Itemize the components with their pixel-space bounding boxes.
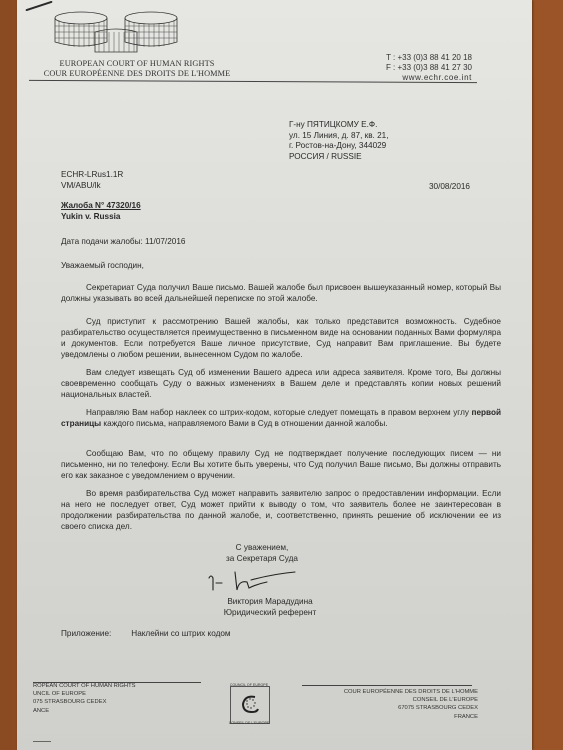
fax-number: F : +33 (0)3 88 41 27 30	[386, 63, 472, 73]
annex-value: Наклейни со штрих кодом	[131, 629, 230, 638]
footer-stub-line	[33, 741, 51, 742]
closing-block: С уважением, за Секретаря Суда	[197, 543, 327, 564]
addressee-block: Г-ну ПЯТИЦКОМУ Е.Ф. ул. 15 Линия, д. 87,…	[289, 120, 389, 162]
footer-left-line: UNCIL OF EUROPE	[33, 690, 136, 698]
letter-page: EUROPEAN COURT OF HUMAN RIGHTS COUR EURO…	[17, 0, 532, 750]
footer-right-line: CONSEIL DE L'EUROPE	[344, 696, 478, 704]
addressee-city: г. Ростов-на-Дону, 344029	[289, 141, 389, 152]
addressee-country: РОССИЯ / RUSSIE	[289, 152, 389, 163]
addressee-street: ул. 15 Линия, д. 87, кв. 21,	[289, 131, 389, 142]
reference-block: ECHR-LRus1.1R VM/ABU/lk	[61, 170, 123, 191]
paragraph-4: Направляю Вам набор наклеек со штрих-код…	[61, 407, 501, 429]
footer-left-line: 075 STRASBOURG CEDEX	[33, 698, 136, 706]
signer-title: Юридический референт	[195, 607, 345, 618]
reference-initials: VM/ABU/lk	[61, 181, 123, 192]
contact-block: T : +33 (0)3 88 41 20 18 F : +33 (0)3 88…	[386, 53, 472, 83]
addressee-name: Г-ну ПЯТИЦКОМУ Е.Ф.	[289, 120, 389, 131]
footer-left-line: ANCE	[33, 707, 136, 715]
court-building-icon	[51, 8, 181, 54]
pen-mark	[25, 1, 52, 12]
signer-name: Виктория Марадудина	[195, 596, 345, 607]
footer-right-line: COUR EUROPÉENNE DES DROITS DE L'HOMME	[344, 688, 478, 696]
website-link: www.echr.coe.int	[386, 73, 472, 83]
signer-block: Виктория Марадудина Юридический референт	[195, 596, 345, 618]
footer-right-address: COUR EUROPÉENNE DES DROITS DE L'HOMME CO…	[344, 688, 478, 721]
annex-label: Приложение:	[61, 628, 129, 639]
court-name-en: EUROPEAN COURT OF HUMAN RIGHTS	[37, 59, 237, 68]
annex-line: Приложение: Наклейни со штрих кодом	[61, 628, 231, 639]
phone-number: T : +33 (0)3 88 41 20 18	[386, 53, 472, 63]
footer-right-line: 67075 STRASBOURG CEDEX	[344, 704, 478, 712]
paragraph-4-start: Направляю Вам набор наклеек со штрих-код…	[86, 408, 472, 417]
paragraph-2: Суд приступит к рассмотрению Вашей жалоб…	[61, 316, 501, 360]
paragraph-5: Сообщаю Вам, что по общему правилу Суд н…	[61, 448, 501, 481]
case-block: Жалоба N° 47320/16 Yukin v. Russia	[61, 201, 141, 222]
closing-on-behalf: за Секретаря Суда	[197, 554, 327, 565]
closing-regards: С уважением,	[197, 543, 327, 554]
case-title: Yukin v. Russia	[61, 212, 141, 223]
greeting: Уважаемый господин,	[61, 260, 144, 271]
paragraph-6: Во время разбирательства Суд может напра…	[61, 488, 501, 532]
footer-right-line: FRANCE	[344, 713, 478, 721]
case-number: Жалоба N° 47320/16	[61, 201, 141, 212]
footer-left-address: ROPEAN COURT OF HUMAN RIGHTS UNCIL OF EU…	[33, 682, 136, 715]
paragraph-4-end: каждого письма, направляемого Вами в Суд…	[101, 419, 387, 428]
paragraph-3: Вам следует извещать Суд об изменении Ва…	[61, 367, 501, 400]
filing-date: Дата подачи жалобы: 11/07/2016	[61, 236, 185, 247]
reference-code: ECHR-LRus1.1R	[61, 170, 123, 181]
footer-left-line: ROPEAN COURT OF HUMAN RIGHTS	[33, 682, 136, 690]
court-name-fr: COUR EUROPÉENNE DES DROITS DE L'HOMME	[37, 69, 237, 78]
council-label-bottom: CONSEIL DE L'EUROPE	[225, 721, 273, 725]
council-of-europe-logo-icon	[239, 693, 261, 715]
footer-right-divider	[302, 685, 472, 686]
letter-date: 30/08/2016	[429, 181, 470, 192]
paragraph-1: Секретариат Суда получил Ваше письмо. Ва…	[61, 282, 501, 304]
signature-icon	[207, 568, 297, 594]
